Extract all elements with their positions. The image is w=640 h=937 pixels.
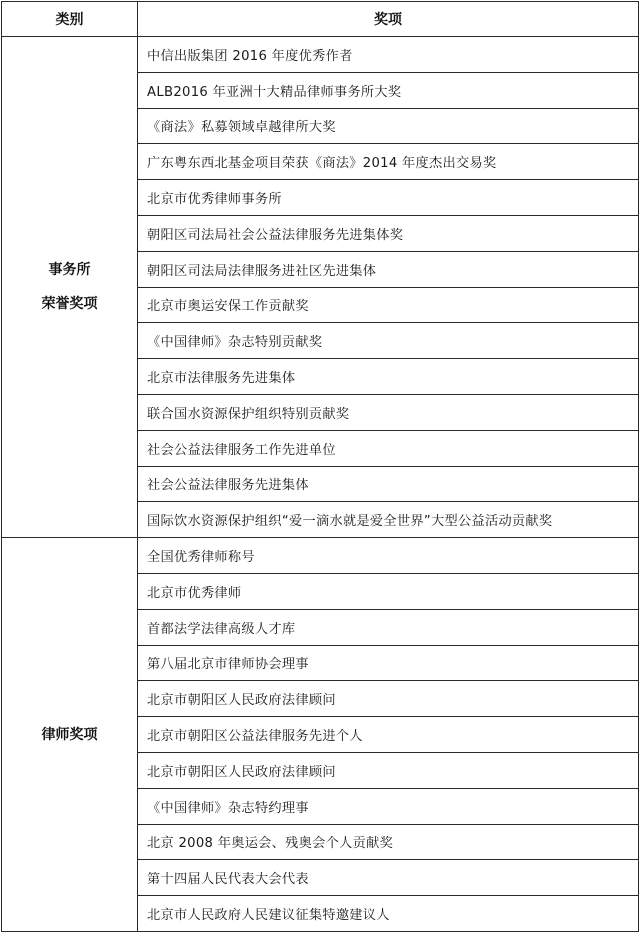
award-item: 广东粤东西北基金项目荣获《商法》2014 年度杰出交易奖 — [138, 144, 639, 180]
award-item: 社会公益法律服务工作先进单位 — [138, 430, 639, 466]
awards-table: 类别 奖项 事务所 荣誉奖项 中信出版集团 2016 年度优秀作者 ALB201… — [1, 1, 639, 932]
award-item: 《中国律师》杂志特约理事 — [138, 788, 639, 824]
award-item: 北京市奥运安保工作贡献奖 — [138, 287, 639, 323]
award-item: 《商法》私募领域卓越律所大奖 — [138, 108, 639, 144]
award-item: 第八届北京市律师协会理事 — [138, 645, 639, 681]
award-item: 北京市朝阳区人民政府法律顾问 — [138, 681, 639, 717]
award-item: 北京 2008 年奥运会、残奥会个人贡献奖 — [138, 824, 639, 860]
header-award: 奖项 — [138, 2, 639, 37]
award-item: 第十四届人民代表大会代表 — [138, 860, 639, 896]
award-item: 国际饮水资源保护组织“爱一滴水就是爱全世界”大型公益活动贡献奖 — [138, 502, 639, 538]
award-item: ALB2016 年亚洲十大精品律师事务所大奖 — [138, 72, 639, 108]
award-item: 朝阳区司法局社会公益法律服务先进集体奖 — [138, 215, 639, 251]
award-item: 北京市朝阳区公益法律服务先进个人 — [138, 717, 639, 753]
category-label-line: 事务所 — [2, 253, 137, 287]
award-item: 北京市优秀律师 — [138, 573, 639, 609]
award-item: 北京市优秀律师事务所 — [138, 180, 639, 216]
award-item: 《中国律师》杂志特别贡献奖 — [138, 323, 639, 359]
award-item: 北京市人民政府人民建议征集特邀建议人 — [138, 896, 639, 932]
award-item: 中信出版集团 2016 年度优秀作者 — [138, 37, 639, 73]
category-cell-firm-honors: 事务所 荣誉奖项 — [2, 37, 138, 538]
award-item: 联合国水资源保护组织特别贡献奖 — [138, 394, 639, 430]
category-label-line: 律师奖项 — [2, 718, 137, 752]
award-item: 全国优秀律师称号 — [138, 538, 639, 574]
award-item: 首都法学法律高级人才库 — [138, 609, 639, 645]
table-row: 律师奖项 全国优秀律师称号 — [2, 538, 639, 574]
category-cell-lawyer-awards: 律师奖项 — [2, 538, 138, 932]
table-row: 事务所 荣誉奖项 中信出版集团 2016 年度优秀作者 — [2, 37, 639, 73]
header-category: 类别 — [2, 2, 138, 37]
award-item: 北京市法律服务先进集体 — [138, 359, 639, 395]
award-item: 朝阳区司法局法律服务进社区先进集体 — [138, 251, 639, 287]
category-label-line: 荣誉奖项 — [2, 287, 137, 321]
award-item: 社会公益法律服务先进集体 — [138, 466, 639, 502]
award-item: 北京市朝阳区人民政府法律顾问 — [138, 752, 639, 788]
header-row: 类别 奖项 — [2, 2, 639, 37]
